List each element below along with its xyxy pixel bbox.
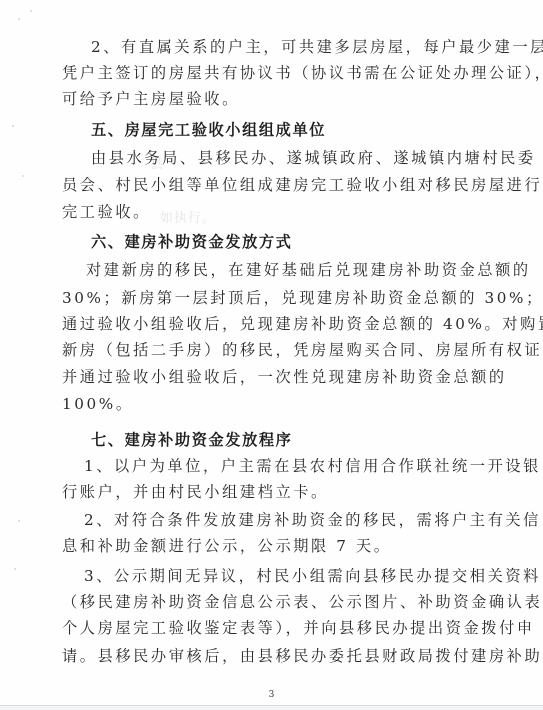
paragraph-line: 由县水务局、县移民办、遂城镇政府、遂城镇内塘村民委 <box>91 148 450 168</box>
paragraph-line: 对建新房的移民，在建好基础后兑现建房补助资金总额的 <box>86 260 450 280</box>
bleed-through-mark: 如执行。 <box>160 207 216 226</box>
paragraph-line: 新房（包括二手房）的移民，凭房屋购买合同、房屋所有权证， <box>62 340 450 360</box>
scan-speck <box>18 520 20 522</box>
list-item-line: 1、以户为单位，户主需在县农村信用合作联社统一开设银 <box>84 456 450 476</box>
paragraph-line: 完工验收。 <box>62 202 151 222</box>
list-item-line: 行账户，并由村民小组建档立卡。 <box>62 482 329 502</box>
list-item-line: 3、公示期间无异议，村民小组需向县移民办提交相关资料 <box>84 566 450 586</box>
section-heading-6: 六、建房补助资金发放方式 <box>91 232 292 252</box>
paragraph-line: 可给予户主房屋验收。 <box>62 89 240 109</box>
section-heading-7: 七、建房补助资金发放程序 <box>91 430 292 450</box>
paragraph-line: 并通过验收小组验收后，一次性兑现建房补助资金总额的 <box>62 367 450 387</box>
paragraph-line: 30%；新房第一层封顶后，兑现建房补助资金总额的 30%；房屋 <box>62 288 450 308</box>
section-heading-5: 五、房屋完工验收小组组成单位 <box>91 120 326 140</box>
paragraph-line: 2、有直属关系的户主，可共建多层房屋，每户最少建一层， <box>91 37 450 57</box>
paragraph-line: 100%。 <box>62 394 134 414</box>
document-page: 县 如执行。 2、有直属关系的户主，可共建多层房屋，每户最少建一层， 凭户主签订… <box>0 0 543 705</box>
scan-speck <box>14 568 16 570</box>
paragraph-line: 员会、村民小组等单位组成建房完工验收小组对移民房屋进行 <box>62 175 450 195</box>
scan-speck <box>12 125 14 127</box>
list-item-line: （移民建房补助资金信息公示表、公示图片、补助资金确认表、 <box>62 592 450 612</box>
paragraph-line: 凭户主签订的房屋共有协议书（协议书需在公证处办理公证）， <box>62 63 450 83</box>
scan-speck <box>30 10 32 12</box>
list-item-line: 息和补助金额进行公示，公示期限 7 天。 <box>62 536 392 556</box>
scan-speck <box>18 18 20 20</box>
list-item-line: 个人房屋完工验收鉴定表等），并向县移民办提出资金拨付申 <box>62 618 450 638</box>
scan-speck <box>22 175 24 177</box>
page-number: 3 <box>0 690 543 700</box>
list-item-line: 请。县移民办审核后，由县移民办委托县财政局拨付建房补助 <box>62 646 450 666</box>
paragraph-line: 通过验收小组验收后，兑现建房补助资金总额的 40%。对购置 <box>62 314 450 334</box>
list-item-line: 2、对符合条件发放建房补助资金的移民，需将户主有关信 <box>84 510 450 530</box>
viewer-background-strip <box>0 706 543 710</box>
